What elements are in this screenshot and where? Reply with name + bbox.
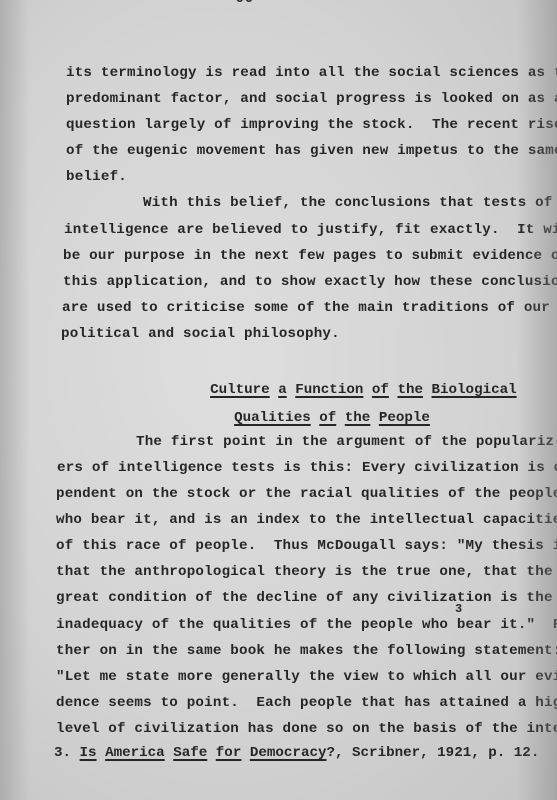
text-line: ers of intelligence tests is this: Every…: [57, 460, 557, 476]
text-line: be our purpose in the next few pages to …: [63, 248, 557, 264]
text-line: great condition of the decline of any ci…: [56, 590, 553, 606]
text-line: predominant factor, and social progress …: [66, 91, 557, 107]
text-line: intelligence are believed to justify, fi…: [64, 222, 557, 238]
text-line: belief.: [66, 169, 127, 185]
text-line: ther on in the same book he makes the fo…: [56, 643, 557, 659]
text-line: With this belief, the conclusions that t…: [143, 195, 553, 211]
text-line: its terminology is read into all the soc…: [66, 65, 557, 81]
text-line: are used to criticise some of the main t…: [62, 300, 550, 316]
page-number: -60-: [226, 0, 264, 7]
text-line: this application, and to show exactly ho…: [63, 274, 557, 290]
document-page: -60- its terminology is read into all th…: [0, 0, 557, 800]
text-line: that the anthropological theory is the t…: [56, 564, 553, 580]
text-line: inadequacy of the qualities of the peopl…: [56, 617, 557, 633]
text-line: who bear it, and is an index to the inte…: [56, 512, 557, 528]
text-line: pendent on the stock or the racial quali…: [56, 486, 557, 502]
footnote-citation: , Scribner, 1921, p. 12.: [335, 745, 539, 761]
text-line: of this race of people. Thus McDougall s…: [56, 538, 557, 554]
text-line: "Let me state more generally the view to…: [56, 669, 557, 685]
text-line: The first point in the argument of the p…: [136, 434, 557, 450]
text-line: dence seems to point. Each people that h…: [56, 695, 557, 711]
footnote: 3. Is America Safe for Democracy?, Scrib…: [54, 745, 539, 761]
footnote-marker: 3: [455, 602, 462, 616]
footnote-number: 3.: [54, 745, 71, 761]
text-line: level of civilization has done so on the…: [56, 721, 557, 737]
text-line: political and social philosophy.: [61, 326, 340, 342]
text-line: question largely of improving the stock.…: [66, 117, 557, 133]
text-line: of the eugenic movement has given new im…: [66, 143, 557, 159]
